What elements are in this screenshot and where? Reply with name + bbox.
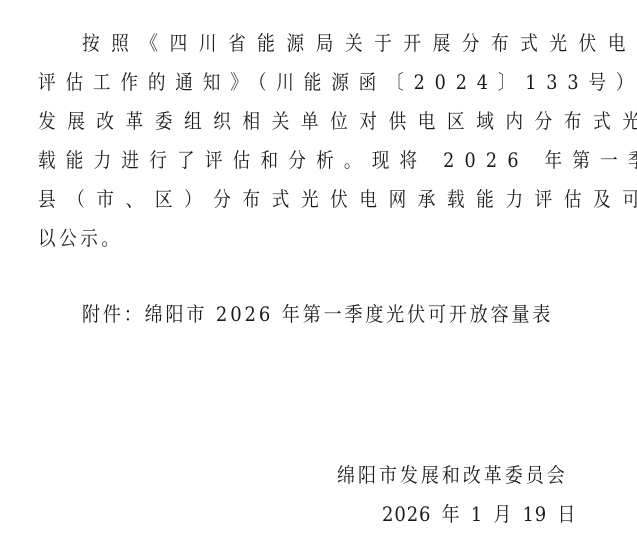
body-line-3: 发展改革委组织相关单位对供电区域内分布式光伏电网承 — [38, 102, 637, 141]
body-line-4: 载能力进行了评估和分析。现将 2026 年第一季度绵阳市各 — [38, 141, 637, 180]
body-line-5: 县（市、区）分布式光伏电网承载能力评估及可开放容量予 — [38, 180, 637, 219]
attachment-reference: 附件：绵阳市 2026 年第一季度光伏可开放容量表 — [82, 300, 553, 328]
body-line-6: 以公示。 — [38, 219, 122, 258]
document-page: 按照《四川省能源局关于开展分布式光伏电网承载能力 评估工作的通知》（川能源函〔2… — [0, 0, 637, 552]
body-line-1: 按照《四川省能源局关于开展分布式光伏电网承载能力 — [82, 24, 637, 63]
signature-organization: 绵阳市发展和改革委员会 — [337, 461, 568, 489]
signature-date: 2026 年 1 月 19 日 — [382, 500, 576, 528]
body-line-2: 评估工作的通知》（川能源函〔2024〕133号）的要求，市 — [38, 63, 637, 102]
